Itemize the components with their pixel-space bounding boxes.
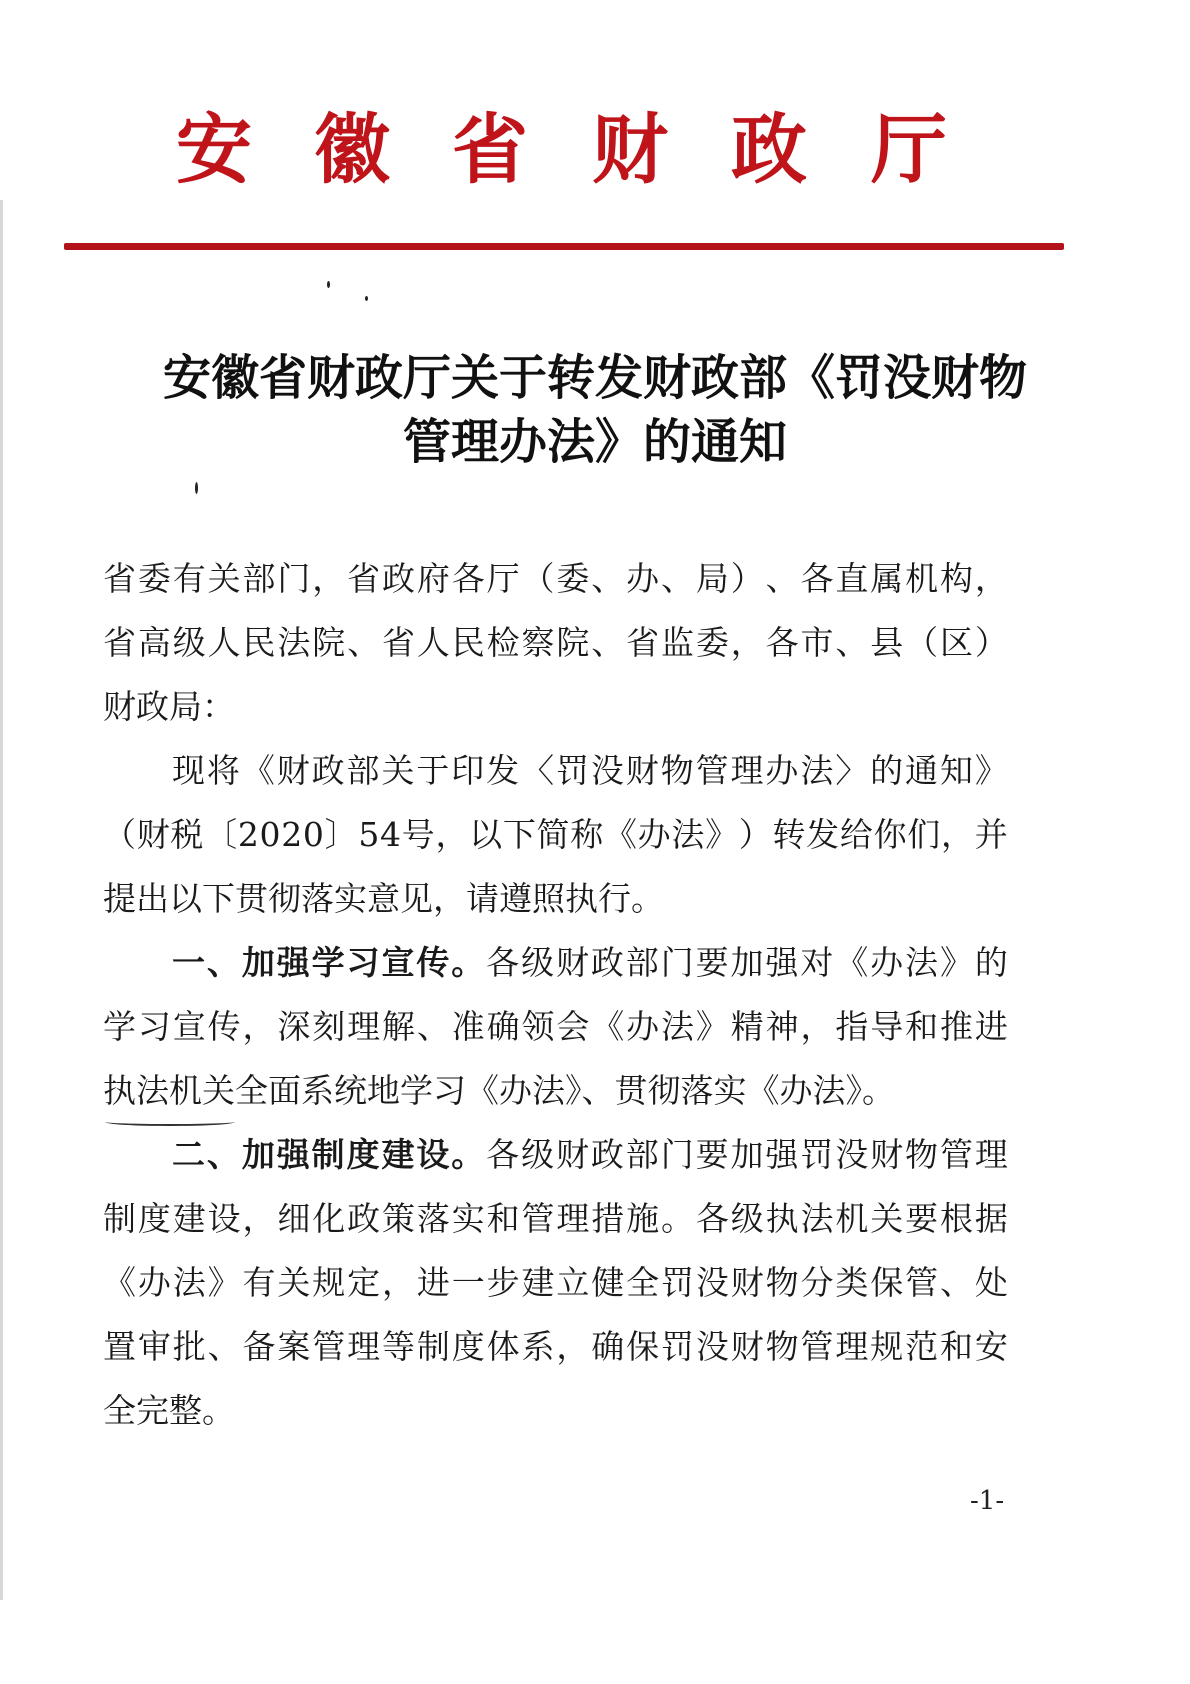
masthead-char: 安 [174, 104, 254, 196]
masthead-red-rule [64, 243, 1064, 250]
body-line-chars: 《办法》有关规定，进一步建立健全罚没财物分类保管、处 [103, 1261, 1008, 1305]
body-line-chars: 一、加强学习宣传。各级财政部门要加强对《办法》的 [172, 941, 1008, 985]
masthead: 安 徽 省 财 政 厅 [0, 104, 1190, 200]
body-line-chars: 二、加强制度建设。各级财政部门要加强罚没财物管理 [172, 1133, 1008, 1177]
scan-speck [365, 296, 368, 301]
scan-speck [195, 482, 198, 494]
body-line-chars: 制度建设，细化政策落实和管理措施。各级执法机关要根据 [103, 1197, 1008, 1241]
body-line: 制度建设，细化政策落实和管理措施。各级执法机关要根据 [103, 1197, 1008, 1241]
body-line-chars: 省委有关部门，省政府各厅（委、办、局）、各直属机构， [103, 557, 1008, 601]
body-line-text: 提出以下贯彻落实意见，请遵照执行。 [103, 879, 664, 918]
masthead-char: 财 [590, 104, 670, 196]
body-line: 省委有关部门，省政府各厅（委、办、局）、各直属机构， [103, 557, 1008, 601]
body-line: 省高级人民法院、省人民检察院、省监委，各市、县（区） [103, 621, 1008, 665]
body-line-chars: 置审批、备案管理等制度体系，确保罚没财物管理规范和安 [103, 1325, 1008, 1369]
body-line-text: 执法机关全面系统地学习《办法》、贯彻落实《办法》。 [103, 1071, 895, 1110]
scan-speck [327, 281, 330, 288]
body-line: 学习宣传，深刻理解、准确领会《办法》精神，指导和推进 [103, 1005, 1008, 1049]
body-line: 执法机关全面系统地学习《办法》、贯彻落实《办法》。 [103, 1069, 1008, 1113]
handwritten-underline-mark [105, 1118, 235, 1126]
body-line-chars: 省高级人民法院、省人民检察院、省监委，各市、县（区） [103, 621, 1008, 665]
document-title-line-1: 安徽省财政厅关于转发财政部《罚没财物 [0, 348, 1190, 408]
masthead-char: 徽 [312, 104, 392, 196]
masthead-char: 厅 [869, 104, 949, 196]
masthead-char: 政 [729, 104, 809, 196]
body-line-text: 财政局： [103, 687, 235, 726]
masthead-char: 省 [450, 104, 530, 196]
body-line: 财政局： [103, 685, 1008, 729]
body-line-chars: 现将《财政部关于印发〈罚没财物管理办法〉的通知》 [172, 749, 1008, 793]
body-line-chars: （财税〔2020〕54号，以下简称《办法》）转发给你们，并 [103, 813, 1008, 857]
body-line: 置审批、备案管理等制度体系，确保罚没财物管理规范和安 [103, 1325, 1008, 1369]
body-line-chars: 学习宣传，深刻理解、准确领会《办法》精神，指导和推进 [103, 1005, 1008, 1049]
body-line: （财税〔2020〕54号，以下简称《办法》）转发给你们，并 [103, 813, 1008, 857]
body-line: 现将《财政部关于印发〈罚没财物管理办法〉的通知》 [172, 749, 1008, 793]
body-line: 《办法》有关规定，进一步建立健全罚没财物分类保管、处 [103, 1261, 1008, 1305]
document-title-line-2: 管理办法》的通知 [0, 412, 1190, 472]
body-line-text: 全完整。 [103, 1391, 235, 1430]
page-number: -1- [970, 1486, 1004, 1516]
scan-left-edge [0, 200, 3, 1600]
body-line-heading-1: 一、加强学习宣传。各级财政部门要加强对《办法》的 [172, 941, 1008, 985]
body-line: 全完整。 [103, 1389, 1008, 1433]
body-line: 提出以下贯彻落实意见，请遵照执行。 [103, 877, 1008, 921]
body-line-heading-2: 二、加强制度建设。各级财政部门要加强罚没财物管理 [172, 1133, 1008, 1177]
